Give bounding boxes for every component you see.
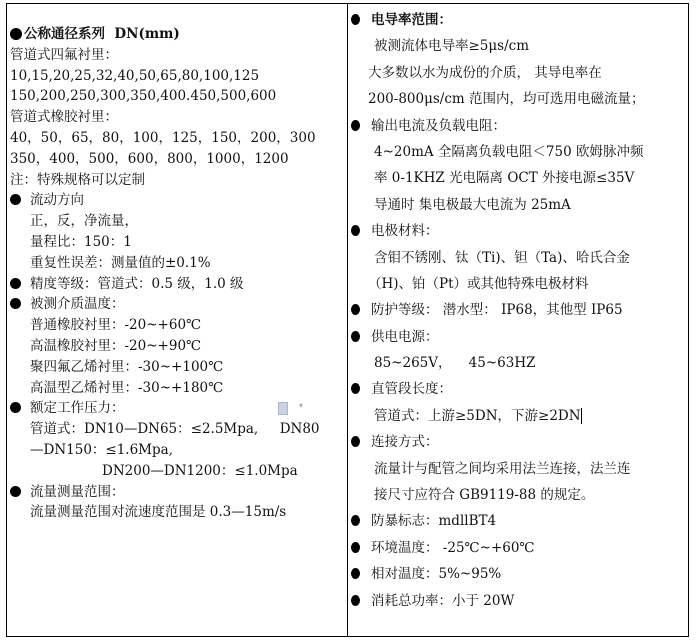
- bullet-icon: [351, 383, 360, 394]
- ptfe-label: 管道式四氟衬里：: [6, 45, 340, 66]
- pressure-text: 管道式：DN10—DN65：≤2.5Mpa,: [30, 421, 258, 437]
- custom-note: 注：特殊规格可以定制: [6, 170, 340, 191]
- output-heading: 输出电流及负载电阻：: [346, 113, 680, 139]
- connection-line: 接尺寸应符合 GB9119-88 的规定。: [346, 482, 680, 508]
- heading-text: 电导率范围：: [371, 12, 452, 28]
- heading-text: 流量测量范围：: [30, 484, 125, 500]
- bullet-icon: [351, 331, 360, 342]
- pressure-line-2: —DN150：≤1.6Mpa,: [6, 440, 340, 461]
- explosion-heading: 防暴标志：mdllBT4: [346, 508, 680, 534]
- flow-direction-line: 正，反，净流量，: [6, 211, 340, 232]
- heading-text: 消耗总功率：小于 20W: [371, 593, 514, 609]
- medium-temp-line: 高温型乙烯衬里：-30~+180℃: [6, 378, 340, 399]
- straight-pipe-heading: 直管段长度：: [346, 376, 680, 402]
- output-line: 4~20mA 全隔离负载电阻＜750 欧姆脉冲频: [346, 139, 680, 165]
- heading-text: 精度等级：管道式：0.5 级，1.0 级: [30, 276, 244, 292]
- flow-range-line: 流量测量范围对流速度范围是 0.3—15m/s: [6, 502, 340, 523]
- pressure-line-1: 管道式：DN10—DN65：≤2.5Mpa, DN80: [6, 419, 340, 440]
- flow-range-heading: 流量测量范围：: [6, 482, 340, 503]
- nominal-diameter-title: 公称通径系列 DN(mm): [6, 24, 340, 45]
- medium-temp-line: 高温橡胶衬里：-20~+90℃: [6, 336, 340, 357]
- heading-text: 环境温度： -25℃~+60℃: [371, 540, 535, 556]
- repeatability: 重复性误差：测量值的±0.1%: [6, 253, 340, 274]
- bullet-icon: [10, 298, 21, 309]
- medium-temp-heading: 被测介质温度：: [6, 294, 340, 315]
- protection-heading: 防护等级： 潜水型： IP68，其他型 IP65: [346, 297, 680, 323]
- heading-text: 连接方式：: [371, 434, 439, 450]
- conductivity-line: 被测流体电导率≥5μs/cm: [346, 33, 680, 59]
- electrode-heading: 电极材料：: [346, 218, 680, 244]
- electrode-line: 含钼不锈刚、钛（Ti)、钽（Ta)、哈氏合金: [346, 245, 680, 271]
- heading-text: 被测介质温度：: [30, 296, 125, 312]
- power-line: 85~265V， 45~63HZ: [346, 350, 680, 376]
- conductivity-line: 大多数以水为成份的介质， 其导电率在: [346, 60, 680, 86]
- heading-text: 输出电流及负载电阻：: [371, 118, 506, 134]
- rubber-sizes-1: 40，50，65，80，100，125，150，200，300: [6, 128, 340, 149]
- bullet-icon: [351, 515, 360, 526]
- right-column: 电导率范围： 被测流体电导率≥5μs/cm 大多数以水为成份的介质， 其导电率在…: [346, 0, 680, 614]
- heading-text: 供电电源：: [371, 329, 439, 345]
- bullet-icon: [10, 194, 21, 205]
- bullet-icon: [10, 486, 21, 497]
- turndown-ratio: 量程比：150：1: [6, 232, 340, 253]
- output-line: 导通时 集电极最大电流为 25mA: [346, 192, 680, 218]
- pressure-heading: 额定工作压力： ▾: [6, 398, 340, 419]
- heading-text: 防护等级： 潜水型： IP68，其他型 IP65: [371, 302, 623, 318]
- power-heading: 供电电源：: [346, 324, 680, 350]
- bullet-icon: [351, 304, 360, 315]
- ptfe-sizes-1: 10,15,20,25,32,40,50,65,80,100,125: [6, 66, 340, 87]
- rubber-label: 管道式橡胶衬里：: [6, 107, 340, 128]
- left-column: 公称通径系列 DN(mm) 管道式四氟衬里： 10,15,20,25,32,40…: [6, 0, 340, 523]
- bullet-icon: [351, 436, 360, 447]
- dropdown-arrow-icon[interactable]: ▾: [299, 396, 303, 417]
- document-icon[interactable]: [278, 402, 288, 415]
- rubber-sizes-2: 350，400，500，600，800，1000，1200: [6, 149, 340, 170]
- connection-heading: 连接方式：: [346, 429, 680, 455]
- straight-pipe-line: 管道式：上游≥5DN，下游≥2DN: [346, 403, 680, 429]
- heading-text: 额定工作压力：: [30, 400, 125, 416]
- heading-text: 电极材料：: [371, 223, 439, 239]
- conductivity-heading: 电导率范围：: [346, 7, 680, 33]
- bullet-icon: [10, 278, 21, 289]
- humidity-heading: 相对温度：5%~95%: [346, 561, 680, 587]
- straight-pipe-text: 管道式：上游≥5DN，下游≥2DN: [374, 408, 581, 424]
- medium-temp-line: 聚四氟乙烯衬里：-30~+100℃: [6, 357, 340, 378]
- heading-text: 防暴标志：mdllBT4: [371, 513, 496, 529]
- pressure-text: DN80: [280, 421, 320, 437]
- power-consumption-heading: 消耗总功率：小于 20W: [346, 588, 680, 614]
- bullet-icon: [351, 568, 360, 579]
- output-line: 率 0-1KHZ 光电隔离 OCT 外接电源≤35V: [346, 165, 680, 191]
- conductivity-line: 200-800μs/cm 范围内，均可选用电磁流量；: [346, 86, 680, 112]
- pressure-line-3: DN200—DN1200：≤1.0Mpa: [6, 461, 340, 482]
- electrode-line: （H)、铂（Pt）或其他特殊电极材料: [346, 271, 680, 297]
- bullet-icon: [351, 14, 360, 25]
- connection-line: 流量计与配管之间均采用法兰连接，法兰连: [346, 456, 680, 482]
- bullet-icon: [10, 28, 22, 40]
- heading-text: 直管段长度：: [371, 381, 452, 397]
- bullet-icon: [351, 225, 360, 236]
- bullet-icon: [351, 595, 360, 606]
- ptfe-sizes-2: 150,200,250,300,350,400.450,500,600: [6, 86, 340, 107]
- heading-text: 流动方向: [30, 192, 84, 208]
- medium-temp-line: 普通橡胶衬里：-20~+60℃: [6, 315, 340, 336]
- title-text: 公称通径系列: [24, 26, 105, 42]
- bullet-icon: [10, 402, 21, 413]
- ambient-temp-heading: 环境温度： -25℃~+60℃: [346, 535, 680, 561]
- bullet-icon: [351, 120, 360, 131]
- title-suffix: DN(mm): [114, 26, 179, 42]
- heading-text: 相对温度：5%~95%: [371, 566, 501, 582]
- accuracy-heading: 精度等级：管道式：0.5 级，1.0 级: [6, 274, 340, 295]
- text-cursor: [581, 408, 583, 424]
- flow-direction-heading: 流动方向: [6, 190, 340, 211]
- bullet-icon: [351, 542, 360, 553]
